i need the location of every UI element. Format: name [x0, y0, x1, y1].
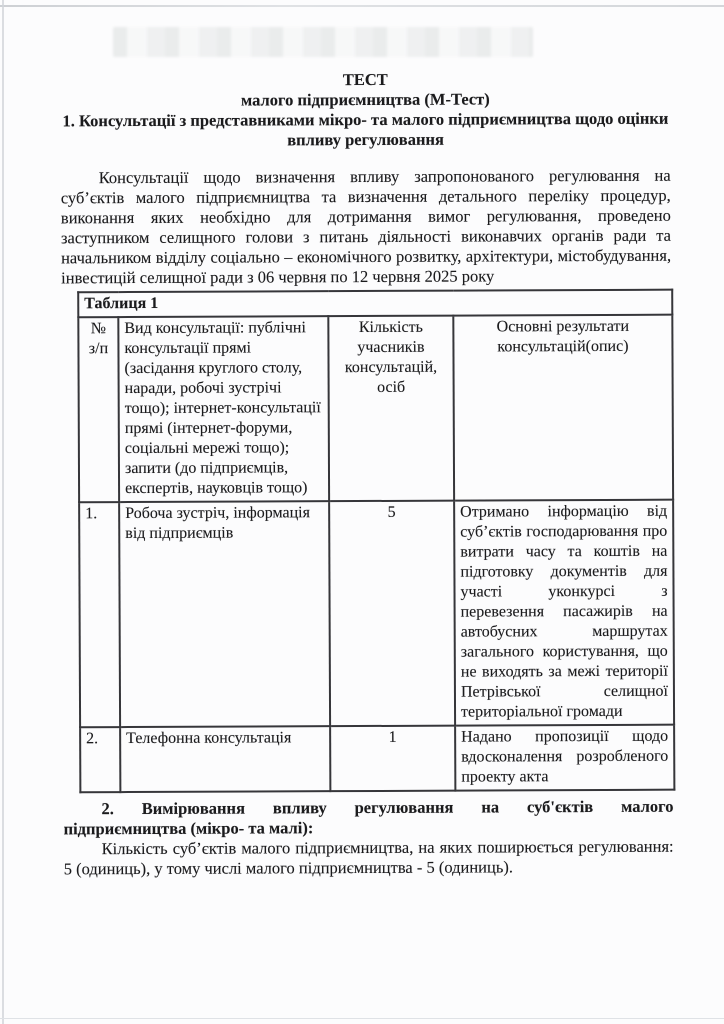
scan-bottom-edge: [0, 1018, 724, 1019]
section2-heading-line-1: 2. Вимірювання впливу регулювання на суб…: [63, 797, 673, 820]
scan-top-edge: [0, 5, 724, 7]
row-num: 2.: [80, 727, 120, 792]
header-participants: Кількість учасників консультацій, осіб: [328, 316, 454, 502]
header-consultation-type: Вид консультації: публічні консультації …: [118, 316, 329, 502]
header-results: Основні результати консультацій(опис): [453, 315, 673, 501]
row-results: Отримано інформацію від суб’єктів господ…: [454, 500, 674, 726]
intro-paragraph: Консультації щодо визначення впливу запр…: [61, 166, 672, 289]
header-num: № з/п: [78, 317, 119, 502]
row-results: Надано пропозиції щодо вдосконалення роз…: [455, 725, 674, 791]
section2-heading: 2. Вимірювання впливу регулювання на суб…: [63, 797, 673, 840]
table-row: 1. Робоча зустріч, інформація від підпри…: [79, 500, 674, 728]
table-caption-row: Таблиця 1: [78, 290, 672, 318]
title-line-1: ТЕСТ: [60, 69, 670, 92]
row-num: 1.: [79, 502, 120, 727]
row-participants: 1: [330, 726, 455, 792]
row-consultation-type: Телефонна консультація: [120, 726, 330, 792]
table-row: 2. Телефонна консультація 1 Надано пропо…: [80, 725, 674, 793]
section2-paragraph: Кількість суб’єктів малого підприємництв…: [64, 837, 674, 880]
section2-heading-line-2: підприємництва (мікро- та малі):: [64, 817, 674, 840]
document-title: ТЕСТ малого підприємництва (М-Тест) 1. К…: [60, 69, 670, 152]
row-participants: 5: [329, 501, 455, 727]
scan-artifact-band: [113, 27, 533, 57]
document-content: ТЕСТ малого підприємництва (М-Тест) 1. К…: [60, 69, 674, 880]
table-caption: Таблиця 1: [78, 290, 672, 318]
scanned-document-page: ТЕСТ малого підприємництва (М-Тест) 1. К…: [0, 0, 724, 1024]
row-consultation-type: Робоча зустріч, інформація від підприємц…: [119, 501, 330, 727]
title-line-2: малого підприємництва (М-Тест): [60, 89, 670, 112]
table-header-row: № з/п Вид консультації: публічні консуль…: [78, 315, 673, 503]
consultation-table: Таблиця 1 № з/п Вид консультації: публіч…: [77, 289, 675, 794]
scan-left-edge: [2, 0, 4, 1024]
title-line-3: 1. Консультації з представниками мікро- …: [60, 109, 670, 152]
